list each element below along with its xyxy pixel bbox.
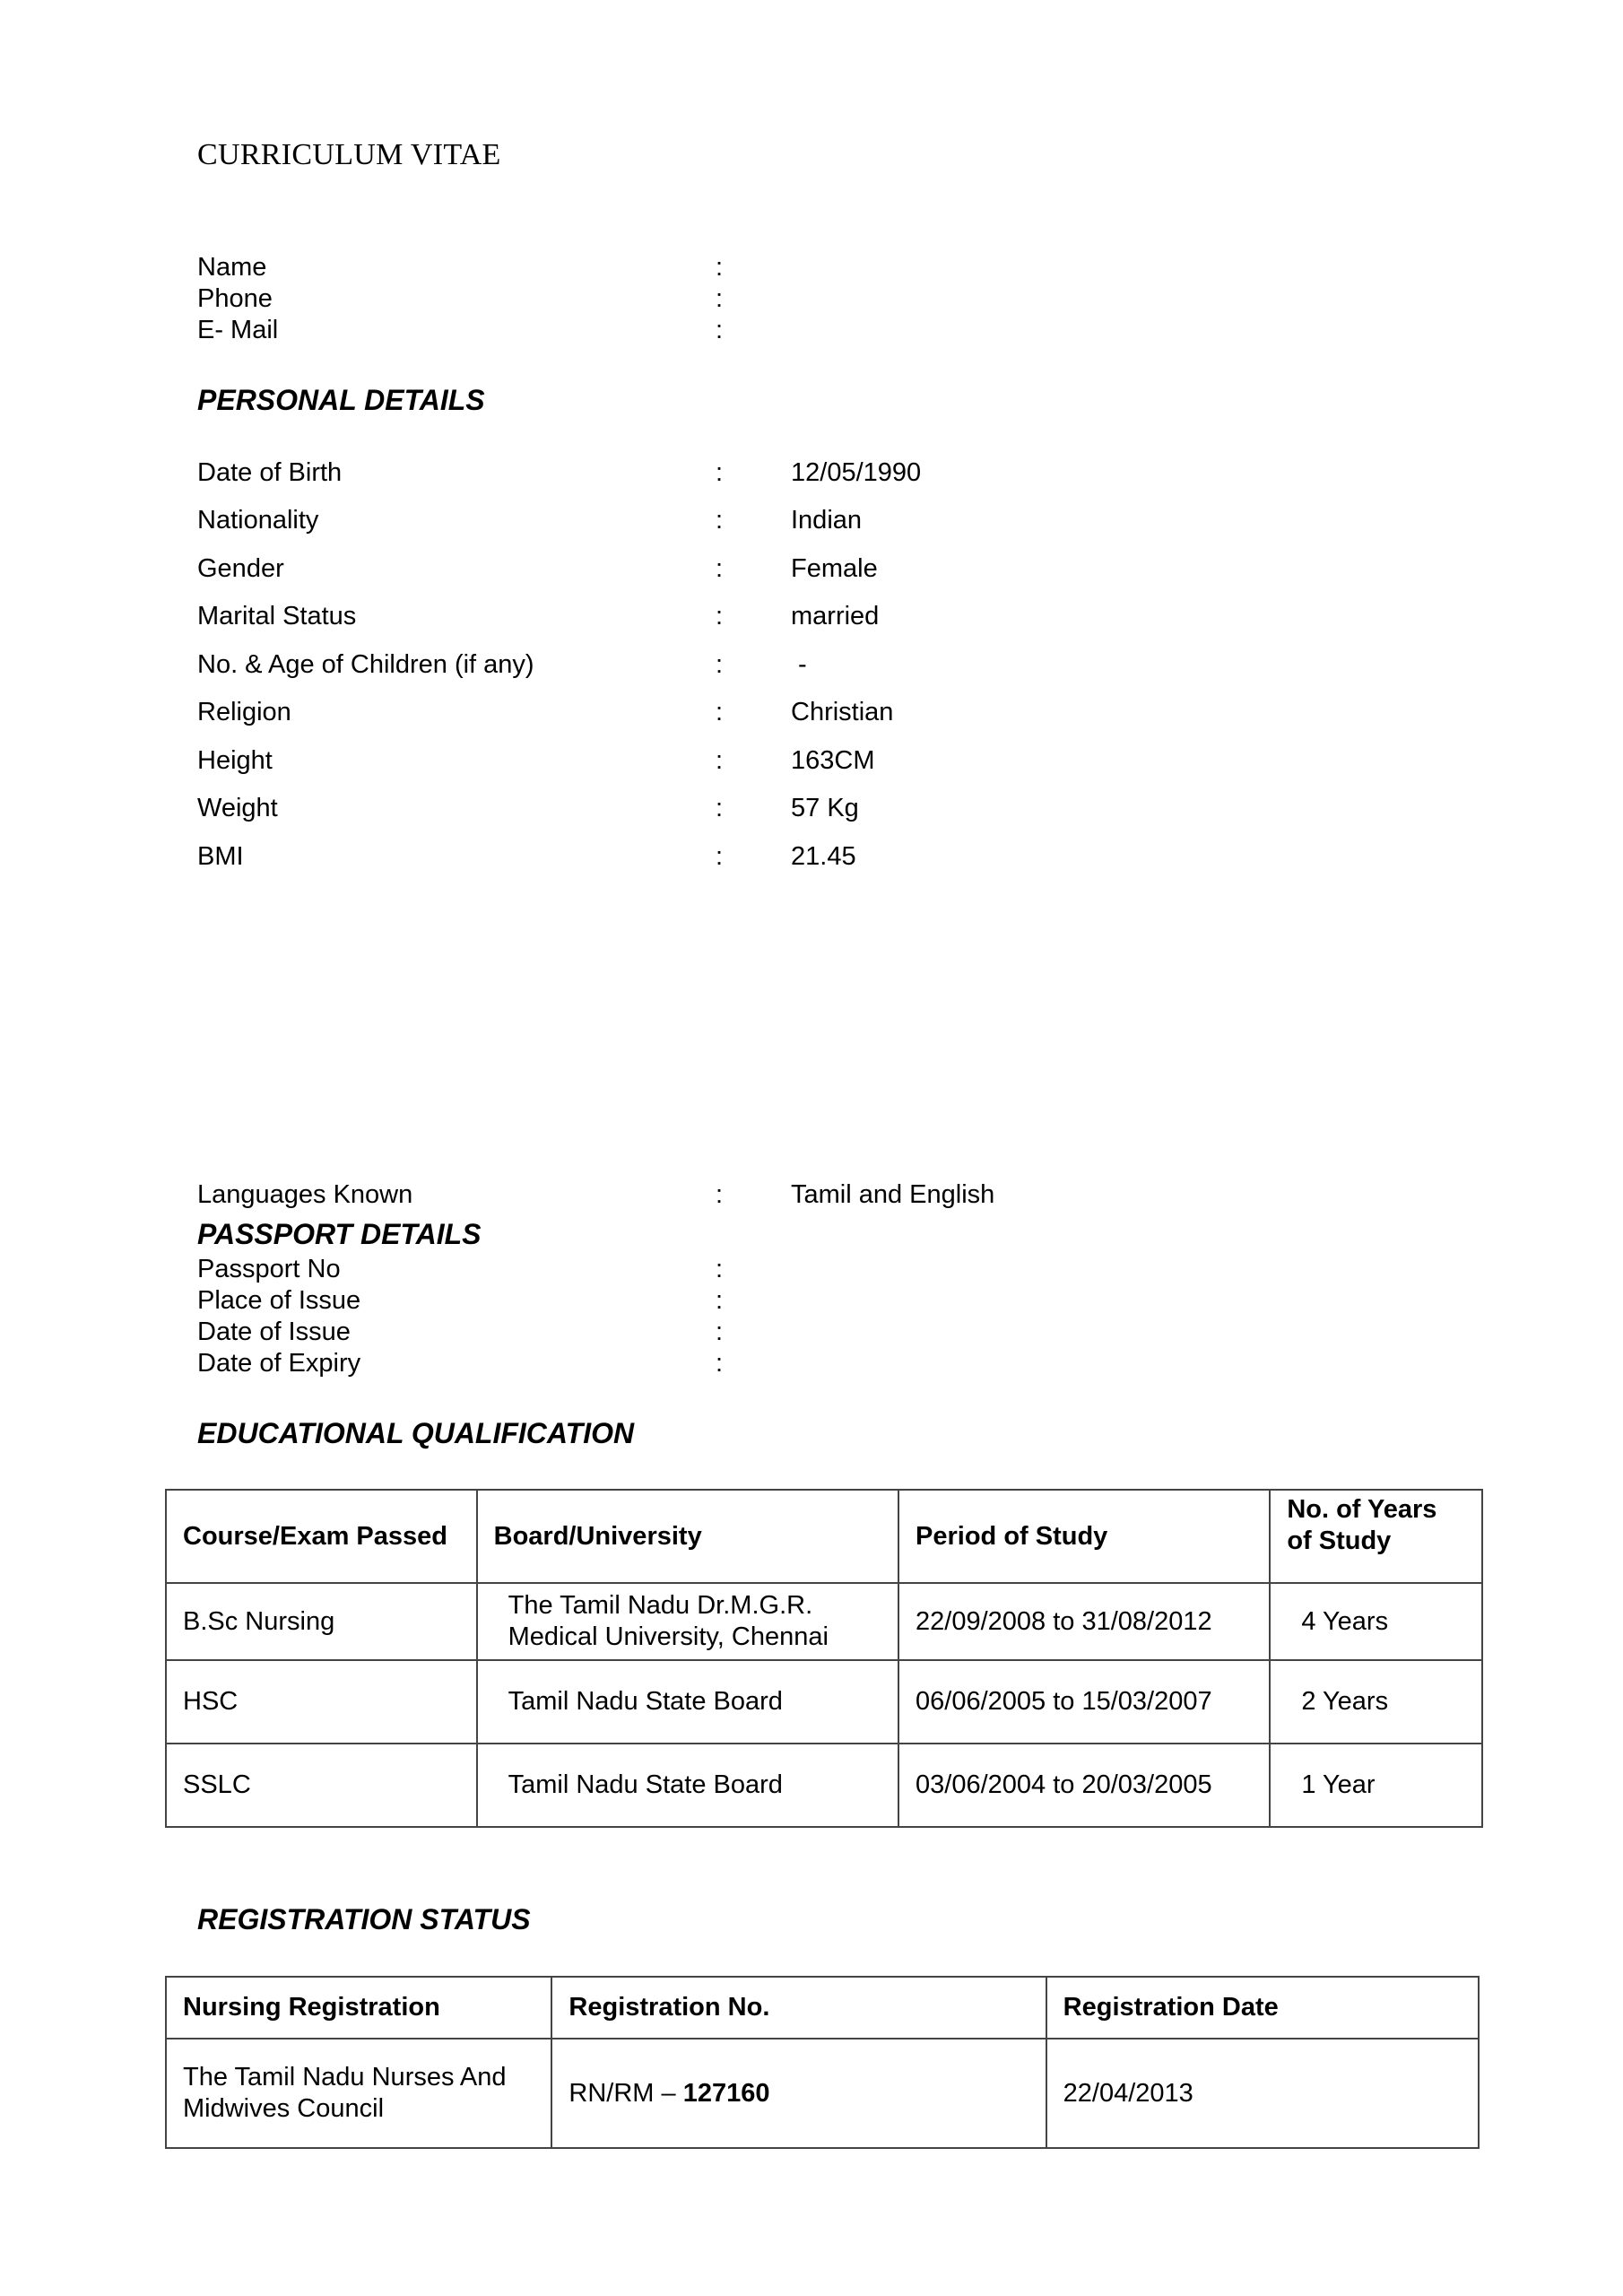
cell-years: 2 Years [1270, 1660, 1482, 1744]
label-religion: Religion [197, 697, 291, 728]
registration-table: Nursing Registration Registration No. Re… [165, 1976, 1480, 2149]
column-header-years-line2: of Study [1287, 1526, 1465, 1557]
label-bmi: BMI [197, 841, 244, 873]
value-nationality: Indian [791, 505, 862, 536]
cell-board: The Tamil Nadu Dr.M.G.R. Medical Univers… [477, 1583, 898, 1660]
column-header-board: Board/University [477, 1490, 898, 1583]
value-height: 163CM [791, 745, 875, 777]
label-date-of-expiry: Date of Expiry [197, 1348, 360, 1379]
value-weight: 57 Kg [791, 793, 859, 824]
contact-label-email: E- Mail [197, 315, 278, 346]
value-bmi: 21.45 [791, 841, 856, 873]
column-header-years: No. of Years of Study [1270, 1490, 1482, 1583]
separator: : [716, 1254, 723, 1285]
column-header-course: Course/Exam Passed [166, 1490, 477, 1583]
table-row: HSC Tamil Nadu State Board 06/06/2005 to… [166, 1660, 1482, 1744]
separator: : [716, 1179, 723, 1211]
separator: : [716, 1348, 723, 1379]
value-gender: Female [791, 553, 878, 585]
value-children: - [791, 649, 807, 681]
cell-council: The Tamil Nadu Nurses And Midwives Counc… [166, 2039, 551, 2148]
label-date-of-birth: Date of Birth [197, 457, 342, 489]
cell-period: 03/06/2004 to 20/03/2005 [898, 1744, 1270, 1827]
separator: : [716, 601, 723, 632]
registration-prefix: RN/RM – [568, 2079, 682, 2108]
contact-sep-email: : [716, 315, 723, 346]
column-header-registration-no: Registration No. [551, 1977, 1046, 2039]
table-header-row: Nursing Registration Registration No. Re… [166, 1977, 1479, 2039]
cell-course: HSC [166, 1660, 477, 1744]
contact-label-phone: Phone [197, 283, 273, 315]
cell-board-line2: Medical University, Chennai [508, 1622, 881, 1653]
separator: : [716, 745, 723, 777]
value-religion: Christian [791, 697, 893, 728]
label-place-of-issue: Place of Issue [197, 1285, 360, 1317]
cell-board-line1: The Tamil Nadu Dr.M.G.R. [508, 1590, 881, 1622]
cell-board: Tamil Nadu State Board [477, 1744, 898, 1827]
education-table: Course/Exam Passed Board/University Peri… [165, 1489, 1483, 1828]
contact-sep-name: : [716, 252, 723, 283]
cell-years: 4 Years [1270, 1583, 1482, 1660]
education-heading: EDUCATIONAL QUALIFICATION [197, 1417, 634, 1450]
cell-council-line1: The Tamil Nadu Nurses And [183, 2062, 534, 2093]
separator: : [716, 649, 723, 681]
separator: : [716, 457, 723, 489]
contact-label-name: Name [197, 252, 266, 283]
column-header-years-line1: No. of Years [1287, 1494, 1465, 1526]
registration-number: 127160 [683, 2079, 770, 2108]
cell-board: Tamil Nadu State Board [477, 1660, 898, 1744]
table-row: The Tamil Nadu Nurses And Midwives Counc… [166, 2039, 1479, 2148]
column-header-nursing-registration: Nursing Registration [166, 1977, 551, 2039]
cell-registration-date: 22/04/2013 [1046, 2039, 1479, 2148]
label-nationality: Nationality [197, 505, 318, 536]
cell-registration-no: RN/RM – 127160 [551, 2039, 1046, 2148]
cell-course: B.Sc Nursing [166, 1583, 477, 1660]
cell-period: 22/09/2008 to 31/08/2012 [898, 1583, 1270, 1660]
table-header-row: Course/Exam Passed Board/University Peri… [166, 1490, 1482, 1583]
label-height: Height [197, 745, 273, 777]
table-row: B.Sc Nursing The Tamil Nadu Dr.M.G.R. Me… [166, 1583, 1482, 1660]
cell-period: 06/06/2005 to 15/03/2007 [898, 1660, 1270, 1744]
label-weight: Weight [197, 793, 278, 824]
label-children: No. & Age of Children (if any) [197, 649, 534, 681]
label-passport-no: Passport No [197, 1254, 341, 1285]
value-marital-status: married [791, 601, 879, 632]
value-languages: Tamil and English [791, 1179, 994, 1211]
cell-council-line2: Midwives Council [183, 2093, 534, 2125]
registration-heading: REGISTRATION STATUS [197, 1903, 531, 1936]
separator: : [716, 841, 723, 873]
label-marital-status: Marital Status [197, 601, 356, 632]
separator: : [716, 1317, 723, 1348]
passport-details-heading: PASSPORT DETAILS [197, 1218, 481, 1251]
cell-years: 1 Year [1270, 1744, 1482, 1827]
separator: : [716, 793, 723, 824]
personal-details-heading: PERSONAL DETAILS [197, 384, 485, 417]
document-title: CURRICULUM VITAE [197, 138, 501, 172]
value-date-of-birth: 12/05/1990 [791, 457, 921, 489]
separator: : [716, 697, 723, 728]
label-languages: Languages Known [197, 1179, 412, 1211]
separator: : [716, 1285, 723, 1317]
label-date-of-issue: Date of Issue [197, 1317, 351, 1348]
table-row: SSLC Tamil Nadu State Board 03/06/2004 t… [166, 1744, 1482, 1827]
separator: : [716, 553, 723, 585]
column-header-registration-date: Registration Date [1046, 1977, 1479, 2039]
separator: : [716, 505, 723, 536]
column-header-period: Period of Study [898, 1490, 1270, 1583]
contact-sep-phone: : [716, 283, 723, 315]
cell-course: SSLC [166, 1744, 477, 1827]
label-gender: Gender [197, 553, 284, 585]
